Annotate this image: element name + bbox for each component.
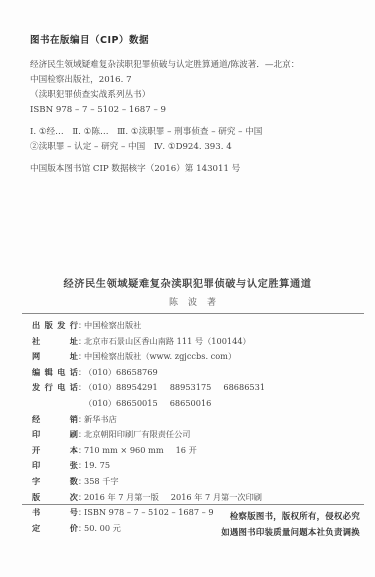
book-title-block: 经济民生领域疑难复杂渎职犯罪侦破与认定胜算通道 陈波著 [0,275,375,308]
cip-entry-line: （渎职犯罪侦查实战系列丛书） [30,88,370,103]
colophon-label: 编辑电话 [32,365,78,381]
colophon-label: 版次 [32,490,78,506]
cip-heading: 图书在版编目（CIP）数据 [30,32,370,46]
colophon-value: （010）68658769 [84,365,158,381]
colophon-label: 书号 [32,505,78,521]
cip-classification: Ⅰ. ①经… Ⅱ. ①陈… Ⅲ. ①渎职罪 – 刑事侦查 – 研究 – 中国 ②… [30,125,370,155]
colophon-value: ISBN 978 – 7 – 5102 – 1687 – 9 [84,505,214,521]
cip-entry-line: ISBN 978 – 7 – 5102 – 1687 – 9 [30,103,370,118]
colophon-value: 中国检察出版社 [84,318,141,334]
colophon-label: 出版发行 [32,318,78,334]
colophon-row: 印张：19. 75 [32,458,362,474]
colophon-value: 北京市石景山区香山南路 111 号（100144） [84,334,251,350]
quality-line: 如遇图书印装质量问题本社负责调换 [221,524,360,540]
colophon-row: 字数：358 千字 [32,474,362,490]
book-title: 经济民生领域疑难复杂渎职犯罪侦破与认定胜算通道 [0,275,375,290]
colophon-label: 网址 [32,349,78,365]
colophon-value: 358 千字 [84,474,119,490]
colophon-row: 编辑电话：（010）68658769 [32,365,362,381]
colophon-label: 印张 [32,458,78,474]
colophon-row: 网址：中国检察出版社（www. zgjccbs. com） [32,349,362,365]
colophon-label: 发行电话 [32,380,78,396]
colophon-value: 新华书店 [84,412,117,428]
colophon-value: （010）889542918895317568686531 [84,380,265,396]
colophon-row: 发行电话：（010）889542918895317568686531 [32,380,362,396]
colophon-label: 定价 [32,521,78,537]
colophon-label: 社址 [32,334,78,350]
cip-classification-line: Ⅰ. ①经… Ⅱ. ①陈… Ⅲ. ①渎职罪 – 刑事侦查 – 研究 – 中国 [30,125,370,140]
cip-entry: 经济民生领域疑难复杂渎职犯罪侦破与认定胜算通道/陈波著．—北京： 中国检察出版社… [30,58,370,118]
colophon-label: 印刷 [32,427,78,443]
colophon-row: 印刷：北京朝阳印刷厂有限责任公司 [32,427,362,443]
book-author: 陈波著 [0,295,375,308]
colophon-value: 710 mm × 960 mm16 开 [84,443,197,459]
colophon-value: 50. 00 元 [84,521,121,537]
divider-bottom [22,504,364,505]
colophon-row: 经销：新华书店 [32,412,362,428]
cip-data-section: 图书在版编目（CIP）数据 经济民生领域疑难复杂渎职犯罪侦破与认定胜算通道/陈波… [30,32,370,177]
colophon-row: 开本：710 mm × 960 mm16 开 [32,443,362,459]
colophon-label: 经销 [32,412,78,428]
colophon-value: 中国检察出版社（www. zgjccbs. com） [84,349,236,365]
colophon-value: 19. 75 [84,458,110,474]
colophon-value: 北京朝阳印刷厂有限责任公司 [84,427,190,443]
colophon-label: 字数 [32,474,78,490]
divider-top [22,313,364,314]
copyright-line: 检察版图书，版权所有，侵权必究 [221,508,360,524]
colophon-row: （010）6865001568650016 [32,396,362,412]
colophon-row: 版次：2016 年 7 月第一版2016 年 7 月第一次印刷 [32,490,362,506]
cip-entry-line: 经济民生领域疑难复杂渎职犯罪侦破与认定胜算通道/陈波著．—北京： [30,58,370,73]
cip-core-data: 中国版本图书馆 CIP 数据核字（2016）第 143011 号 [30,162,370,177]
cip-entry-line: 中国检察出版社，2016. 7 [30,73,370,88]
colophon-row: 出版发行：中国检察出版社 [32,318,362,334]
colophon-label: 开本 [32,443,78,459]
colophon-label [32,396,78,412]
colophon-row: 社址：北京市石景山区香山南路 111 号（100144） [32,334,362,350]
copyright-notice: 检察版图书，版权所有，侵权必究 如遇图书印装质量问题本社负责调换 [221,508,360,540]
cip-classification-line: ②渎职罪 – 认定 – 研究 – 中国 Ⅳ. ①D924. 393. 4 [30,140,370,155]
colophon-value: 2016 年 7 月第一版2016 年 7 月第一次印刷 [84,490,262,506]
colophon-value: （010）6865001568650016 [84,396,211,412]
